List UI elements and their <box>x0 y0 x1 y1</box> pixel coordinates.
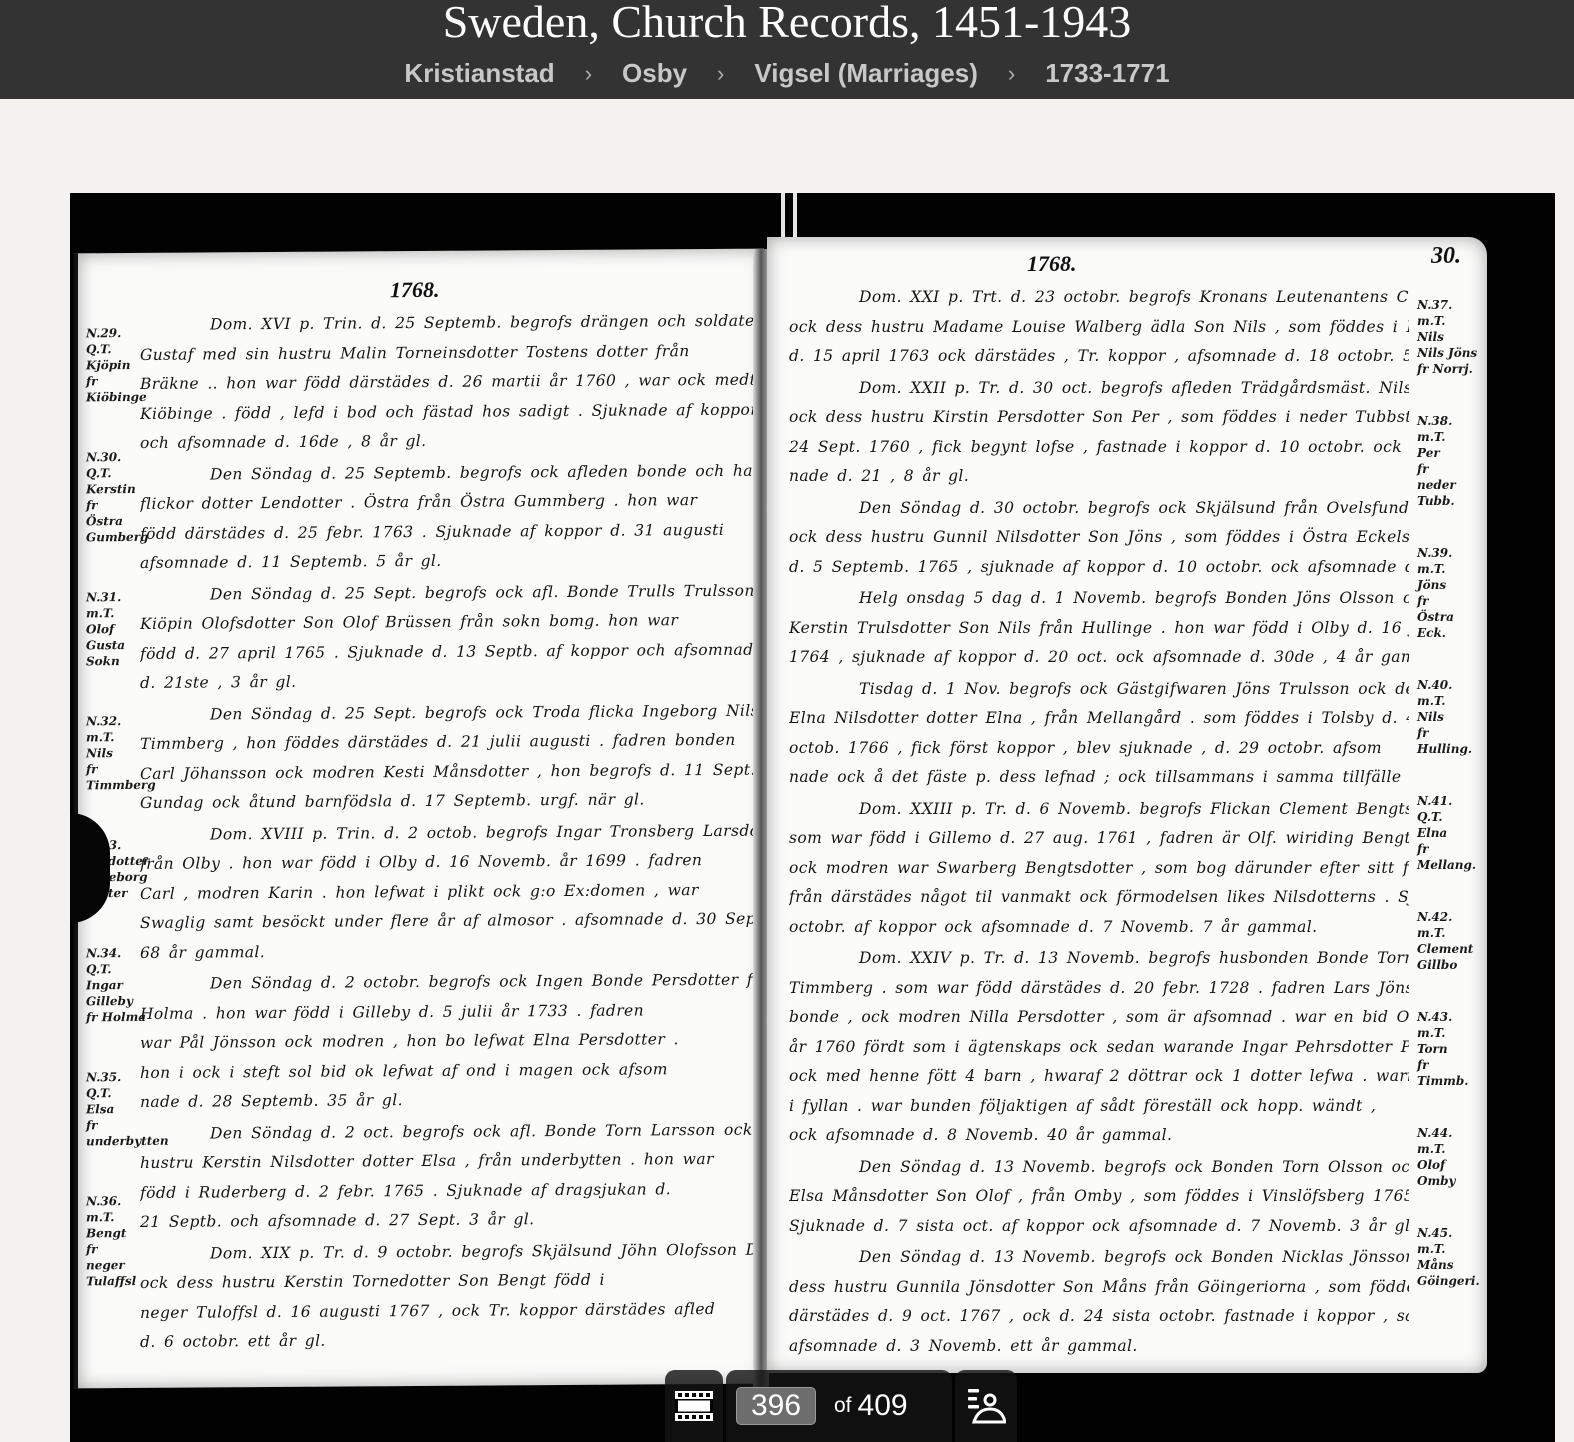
record-line: ock dess hustru Madame Louise Walberg äd… <box>789 313 1409 343</box>
record-line: Elsa Månsdotter Son Olof , från Omby , s… <box>789 1182 1409 1212</box>
chevron-right-icon: › <box>1008 61 1015 87</box>
margin-note-text: N.44. <box>1417 1125 1483 1141</box>
record-line: Elna Nilsdotter dotter Elna , från Mella… <box>789 704 1409 734</box>
margin-note-text: N.39. <box>1417 545 1483 561</box>
record-line: Sjuknade d. 7 sista oct. af koppor ock a… <box>789 1212 1409 1242</box>
margin-note-text: m.T. <box>1417 561 1483 577</box>
page-number-input[interactable] <box>736 1387 816 1425</box>
margin-entry-note: N.42.m.T.ClementGillbo <box>1417 909 1483 973</box>
margin-entry-note: N.41.Q.T.Elnafr Mellang. <box>1417 793 1483 873</box>
margin-entry-note: N.39.m.T.JönsfrÖstra Eck. <box>1417 545 1483 641</box>
record-entry: Dom. XVI p. Trin. d. 25 Septemb. begrofs… <box>140 307 760 459</box>
record-line: hon i ock i steft sol bid ok lefwat af o… <box>140 1054 760 1088</box>
image-index-person-icon <box>966 1387 1006 1425</box>
record-line: Timmberg . som war född därstädes d. 20 … <box>789 974 1409 1004</box>
margin-note-text: m.T. <box>1417 429 1483 445</box>
record-line: Dom. XXIII p. Tr. d. 6 Novemb. begrofs F… <box>789 795 1409 825</box>
record-line: dess hustru Gunnila Jönsdotter Son Måns … <box>789 1273 1409 1303</box>
margin-note-text: m.T. <box>1417 1141 1483 1157</box>
record-line: d. 6 octobr. ett år gl. <box>140 1324 760 1358</box>
left-page-year-heading: 1768. <box>390 277 440 303</box>
record-line: bonde , ock modren Nilla Persdotter , so… <box>789 1003 1409 1033</box>
image-index-button[interactable] <box>955 1370 1017 1442</box>
record-line: neger Tuloffsl d. 16 augusti 1767 , ock … <box>140 1294 760 1328</box>
margin-entry-note: N.37.m.T.NilsNils Jönsfr Norrj. <box>1417 297 1483 377</box>
chevron-right-icon: › <box>585 61 592 87</box>
margin-note-text: N.38. <box>1417 413 1483 429</box>
image-navigation-toolbar: of 409 <box>665 1370 1017 1442</box>
record-entry: Dom. XXI p. Trt. d. 23 octobr. begrofs K… <box>789 283 1409 372</box>
record-line: Dom. XXI p. Trt. d. 23 octobr. begrofs K… <box>789 283 1409 313</box>
record-line: afsomnade d. 3 Novemb. ett år gammal. <box>789 1332 1409 1362</box>
margin-note-text: m.T. <box>1417 313 1483 329</box>
record-line: Swaglig samt besöckt under flere år af a… <box>140 905 760 939</box>
record-line: Carl Jöhansson ock modren Kesti Månsdott… <box>140 755 760 789</box>
record-line: från därstädes något til vanmakt ock för… <box>789 883 1409 913</box>
record-entry: Den Söndag d. 13 Novemb. begrofs ock Bon… <box>789 1153 1409 1242</box>
margin-entry-note: N.44.m.T.OlofOmby <box>1417 1125 1483 1189</box>
breadcrumb-vigsel-marriages[interactable]: Vigsel (Marriages) <box>754 58 978 89</box>
record-entry: Den Söndag d. 30 octobr. begrofs ock Skj… <box>789 494 1409 583</box>
record-line: ock dess hustru Kirstin Persdotter Son P… <box>789 403 1409 433</box>
margin-note-text: Clement <box>1417 941 1483 957</box>
margin-note-text: N.41. <box>1417 793 1483 809</box>
record-line: Gundag ock åtund barnfödsla d. 17 Septem… <box>140 785 760 819</box>
record-entry: Dom. XIX p. Tr. d. 9 octobr. begrofs Skj… <box>140 1235 760 1357</box>
record-line: 68 år gammal. <box>140 934 760 968</box>
record-line: d. 5 Septemb. 1765 , sjuknade af koppor … <box>789 553 1409 583</box>
left-page-entries: Dom. XVI p. Trin. d. 25 Septemb. begrofs… <box>140 307 760 1360</box>
margin-note-text: Olof <box>1417 1157 1483 1173</box>
margin-entry-note: N.43.m.T.Tornfr Timmb. <box>1417 1009 1483 1089</box>
breadcrumb-1733-1771[interactable]: 1733-1771 <box>1045 58 1169 89</box>
record-line: ock med henne fött 4 barn , hwaraf 2 döt… <box>789 1062 1409 1092</box>
record-line: flickor dotter Lendotter . Östra från Ös… <box>140 486 760 520</box>
record-line: Den Söndag d. 25 Sept. begrofs ock Troda… <box>140 696 760 730</box>
record-line: Dom. XVIII p. Trin. d. 2 octob. begrofs … <box>140 816 760 850</box>
record-line: ock afsomnade d. 8 Novemb. 40 år gammal. <box>789 1121 1409 1151</box>
margin-note-text: Göingeri. <box>1417 1273 1483 1289</box>
record-line: 21 Septb. och afsomnade d. 27 Sept. 3 år… <box>140 1204 760 1238</box>
record-line: Den Söndag d. 30 octobr. begrofs ock Skj… <box>789 494 1409 524</box>
record-line: Dom. XVI p. Trin. d. 25 Septemb. begrofs… <box>140 307 760 341</box>
right-page: 1768. 30. Dom. XXI p. Trt. d. 23 octobr.… <box>767 237 1487 1373</box>
margin-note-text: Nils <box>1417 709 1483 725</box>
record-line: nade d. 21 , 8 år gl. <box>789 462 1409 492</box>
record-line: Helg onsdag 5 dag d. 1 Novemb. begrofs B… <box>789 584 1409 614</box>
record-entry: Dom. XXIV p. Tr. d. 13 Novemb. begrofs h… <box>789 944 1409 1151</box>
margin-note-text: neder Tubb. <box>1417 477 1483 509</box>
record-line: octobr. af koppor ock afsomnade d. 7 Nov… <box>789 913 1409 943</box>
record-entry: Dom. XVIII p. Trin. d. 2 octob. begrofs … <box>140 816 760 968</box>
record-line: Gustaf med sin hustru Malin Torneinsdott… <box>140 336 760 370</box>
record-entry: Dom. XXII p. Tr. d. 30 oct. begrofs afle… <box>789 374 1409 492</box>
record-entry: Dom. XXIII p. Tr. d. 6 Novemb. begrofs F… <box>789 795 1409 943</box>
margin-note-text: m.T. <box>1417 1241 1483 1257</box>
record-line: d. 15 april 1763 ock därstädes , Tr. kop… <box>789 342 1409 372</box>
margin-note-text: m.T. <box>1417 1025 1483 1041</box>
page-header: Sweden, Church Records, 1451-1943 Kristi… <box>0 0 1574 99</box>
record-line: född i Ruderberg d. 2 febr. 1765 . Sjukn… <box>140 1174 760 1208</box>
record-line: Bräkne .. hon war född därstädes d. 26 m… <box>140 366 760 400</box>
record-entry: Den Söndag d. 2 oct. begrofs ock afl. Bo… <box>140 1115 760 1237</box>
record-line: nade ock å det fäste p. dess lefnad ; oc… <box>789 763 1409 793</box>
collection-title: Sweden, Church Records, 1451-1943 <box>0 0 1574 48</box>
margin-note-text: Nils Jöns <box>1417 345 1483 361</box>
margin-note-text: Torn <box>1417 1041 1483 1057</box>
breadcrumb-kristianstad[interactable]: Kristianstad <box>404 58 554 89</box>
record-entry: Helg onsdag 5 dag d. 1 Novemb. begrofs B… <box>789 584 1409 673</box>
record-line: Dom. XIX p. Tr. d. 9 octobr. begrofs Skj… <box>140 1235 760 1269</box>
right-page-entries: Dom. XXI p. Trt. d. 23 octobr. begrofs K… <box>789 283 1409 1363</box>
record-line: war Pål Jönsson ock modren , hon bo lefw… <box>140 1025 760 1059</box>
breadcrumb: Kristianstad › Osby › Vigsel (Marriages)… <box>0 58 1574 89</box>
record-line: Holma . hon war född i Gilleby d. 5 juli… <box>140 995 760 1029</box>
record-line: ock modren war Swarberg Bengtsdotter , s… <box>789 854 1409 884</box>
record-line: Kerstin Trulsdotter Son Nils från Hullin… <box>789 614 1409 644</box>
record-line: d. 21ste , 3 år gl. <box>140 665 760 699</box>
record-line: Dom. XXII p. Tr. d. 30 oct. begrofs afle… <box>789 374 1409 404</box>
filmstrip-button[interactable] <box>665 1370 723 1442</box>
breadcrumb-osby[interactable]: Osby <box>622 58 687 89</box>
record-line: från Olby . hon war född i Olby d. 16 No… <box>140 846 760 880</box>
chevron-right-icon: › <box>717 61 724 87</box>
filmstrip-icon <box>674 1390 714 1422</box>
margin-note-text: Elna <box>1417 825 1483 841</box>
record-line: hustru Kerstin Nilsdotter dotter Elsa , … <box>140 1145 760 1179</box>
record-line: Den Söndag d. 13 Novemb. begrofs ock Bon… <box>789 1243 1409 1273</box>
margin-note-text: N.42. <box>1417 909 1483 925</box>
record-line: född d. 27 april 1765 . Sjuknade d. 13 S… <box>140 635 760 669</box>
right-page-year-heading: 1768. <box>1027 251 1077 277</box>
record-line: Den Söndag d. 2 oct. begrofs ock afl. Bo… <box>140 1115 760 1149</box>
page-of-label: of <box>834 1394 852 1418</box>
margin-entry-note: N.40.m.T.Nilsfr Hulling. <box>1417 677 1483 757</box>
record-line: Dom. XXIV p. Tr. d. 13 Novemb. begrofs h… <box>789 944 1409 974</box>
record-entry: Den Söndag d. 25 Sept. begrofs ock afl. … <box>140 576 760 698</box>
record-line: Den Söndag d. 13 Novemb. begrofs ock Bon… <box>789 1153 1409 1183</box>
record-line: Den Söndag d. 25 Septemb. begrofs ock af… <box>140 456 760 490</box>
record-line: i fyllan . war bunden följaktigen af såd… <box>789 1092 1409 1122</box>
margin-note-text: Q.T. <box>1417 809 1483 825</box>
record-line: octob. 1766 , fick först koppor , blev s… <box>789 734 1409 764</box>
margin-entry-note: N.45.m.T.MånsGöingeri. <box>1417 1225 1483 1289</box>
record-line: ock dess hustru Kerstin Tornedotter Son … <box>140 1265 760 1299</box>
record-line: född därstädes d. 25 febr. 1763 . Sjukna… <box>140 515 760 549</box>
record-entry: Tisdag d. 1 Nov. begrofs ock Gästgifware… <box>789 675 1409 793</box>
folio-number: 30. <box>1431 243 1461 270</box>
record-line: som war född i Gillemo d. 27 aug. 1761 ,… <box>789 824 1409 854</box>
record-line: afsomnade d. 11 Septemb. 5 år gl. <box>140 545 760 579</box>
record-line: ock dess hustru Gunnil Nilsdotter Son Jö… <box>789 523 1409 553</box>
record-entry: Den Söndag d. 13 Novemb. begrofs ock Bon… <box>789 1243 1409 1361</box>
record-line: 1764 , sjuknade af koppor d. 20 oct. ock… <box>789 643 1409 673</box>
margin-note-text: Måns <box>1417 1257 1483 1273</box>
margin-note-text: Östra Eck. <box>1417 609 1483 641</box>
record-line: Kiöpin Olofsdotter Son Olof Brüssen från… <box>140 606 760 640</box>
margin-note-text: Per <box>1417 445 1483 461</box>
record-line: 24 Sept. 1760 , fick begynt lofse , fast… <box>789 433 1409 463</box>
record-line: därstädes d. 9 oct. 1767 , ock d. 24 sis… <box>789 1302 1409 1332</box>
record-line: Kiöbinge . född , lefd i bod och fästad … <box>140 395 760 429</box>
record-line: nade d. 28 Septemb. 35 år gl. <box>140 1084 760 1118</box>
margin-note-text: fr <box>1417 461 1483 477</box>
right-page-margin-notes: N.37.m.T.NilsNils Jönsfr Norrj.N.38.m.T.… <box>1417 297 1483 1325</box>
record-line: och afsomnade d. 16de , 8 år gl. <box>140 425 760 459</box>
record-line: Den Söndag d. 2 octobr. begrofs ock Inge… <box>140 966 760 1000</box>
margin-note-text: N.40. <box>1417 677 1483 693</box>
margin-entry-note: N.38.m.T.Perfrneder Tubb. <box>1417 413 1483 509</box>
record-line: Timmberg , hon föddes därstädes d. 21 ju… <box>140 726 760 760</box>
record-line: Carl , modren Karin . hon lefwat i plikt… <box>140 875 760 909</box>
margin-note-text: Omby <box>1417 1173 1483 1189</box>
margin-note-text: m.T. <box>1417 693 1483 709</box>
margin-note-text: fr Timmb. <box>1417 1057 1483 1089</box>
margin-note-text: Nils <box>1417 329 1483 345</box>
record-entry: Den Söndag d. 2 octobr. begrofs ock Inge… <box>140 966 760 1118</box>
page-pager: of 409 <box>726 1370 952 1442</box>
record-line: år 1760 fördt som i ägtenskaps ock sedan… <box>789 1033 1409 1063</box>
margin-note-text: fr Mellang. <box>1417 841 1483 873</box>
margin-note-text: fr <box>1417 593 1483 609</box>
margin-note-text: fr Norrj. <box>1417 361 1483 377</box>
margin-note-text: Jöns <box>1417 577 1483 593</box>
record-entry: Den Söndag d. 25 Septemb. begrofs ock af… <box>140 456 760 578</box>
total-pages: 409 <box>858 1389 908 1423</box>
record-line: Den Söndag d. 25 Sept. begrofs ock afl. … <box>140 576 760 610</box>
margin-note-text: N.45. <box>1417 1225 1483 1241</box>
record-image-viewer[interactable]: 1768. N.29.Q.T.KjöpinfrKiöbingeN.30.Q.T.… <box>70 193 1555 1442</box>
left-page: 1768. N.29.Q.T.KjöpinfrKiöbingeN.30.Q.T.… <box>74 249 764 1389</box>
record-entry: Den Söndag d. 25 Sept. begrofs ock Troda… <box>140 696 760 818</box>
margin-note-text: N.37. <box>1417 297 1483 313</box>
margin-note-text: m.T. <box>1417 925 1483 941</box>
record-line: Tisdag d. 1 Nov. begrofs ock Gästgifware… <box>789 675 1409 705</box>
margin-note-text: Gillbo <box>1417 957 1483 973</box>
margin-note-text: N.43. <box>1417 1009 1483 1025</box>
margin-note-text: fr Hulling. <box>1417 725 1483 757</box>
